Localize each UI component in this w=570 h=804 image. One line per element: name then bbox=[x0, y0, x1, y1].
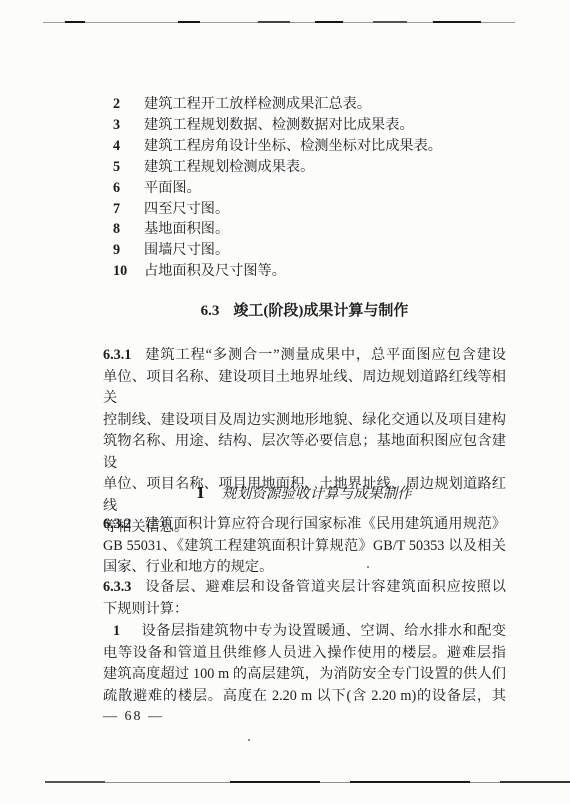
text-line: 单位、项目名称、建设项目土地界址线、周边规划道路红线等相关 bbox=[103, 367, 506, 410]
scan-line-segment bbox=[433, 21, 481, 23]
list-item-text: 四至尺寸图。 bbox=[144, 201, 229, 217]
scan-speckle bbox=[248, 739, 250, 741]
list-item: 4建筑工程房角设计坐标、检测坐标对比成果表。 bbox=[103, 136, 506, 157]
subsection-heading: Ⅰ规划资源验收计算与成果制作 bbox=[103, 485, 506, 503]
scan-speckle bbox=[367, 566, 369, 568]
list-item: 3建筑工程规划数据、检测数据对比成果表。 bbox=[103, 115, 506, 136]
text-line: 6.3.3设备层、避难层和设备管道夹层计容建筑面积应按照以 bbox=[103, 577, 506, 599]
page-number: — 68 — bbox=[103, 709, 164, 725]
text-line: 疏散避难的楼层。高度在 2.20 m 以下(含 2.20 m)的设备层，其 bbox=[103, 686, 506, 708]
scan-line-segment bbox=[315, 21, 343, 23]
numbered-list: 2建筑工程开工放样检测成果汇总表。 3建筑工程规划数据、检测数据对比成果表。 4… bbox=[103, 94, 506, 282]
scan-line-segment bbox=[45, 781, 105, 783]
clause-6-3-3: 6.3.3设备层、避难层和设备管道夹层计容建筑面积应按照以 下规则计算： bbox=[103, 577, 506, 620]
list-item-text: 基地面积图。 bbox=[144, 221, 229, 237]
text-line: 下规则计算： bbox=[103, 599, 506, 621]
scan-line-segment bbox=[65, 21, 85, 23]
section-heading: 6.3竣工(阶段)成果计算与制作 bbox=[103, 302, 506, 321]
list-item-number: 6 bbox=[113, 178, 144, 199]
scan-line-segment bbox=[230, 781, 320, 783]
scan-line-segment bbox=[350, 781, 470, 783]
clause-number: 6.3.2 bbox=[103, 516, 131, 532]
scan-line-segment bbox=[500, 781, 570, 783]
text-line: 6.3.2建筑面积计算应符合现行国家标准《民用建筑通用规范》 bbox=[103, 514, 506, 536]
top-edge-line bbox=[43, 22, 515, 23]
list-item-text: 建筑工程开工放样检测成果汇总表。 bbox=[144, 96, 371, 112]
list-item: 2建筑工程开工放样检测成果汇总表。 bbox=[103, 94, 506, 115]
clause-6-3-1: 6.3.1建筑工程“多测合一”测量成果中，总平面图应包含建设 单位、项目名称、建… bbox=[103, 345, 506, 539]
list-item-number: 2 bbox=[113, 94, 144, 115]
text-line-content: 建筑工程“多测合一”测量成果中，总平面图应包含建设 bbox=[144, 347, 506, 363]
list-item-text: 建筑工程规划检测成果表。 bbox=[144, 159, 314, 175]
list-item-number: 3 bbox=[113, 115, 144, 136]
clause-number: 6.3.1 bbox=[103, 347, 131, 363]
scan-line-segment bbox=[178, 21, 200, 23]
text-line: 1设备层指建筑物中专为设置暖通、空调、给水排水和配变 bbox=[103, 621, 506, 643]
text-line-content: 建筑面积计算应符合现行国家标准《民用建筑通用规范》 bbox=[144, 516, 506, 532]
text-line-content: 设备层、避难层和设备管道夹层计容建筑面积应按照以 bbox=[144, 579, 506, 595]
list-item: 9围墙尺寸图。 bbox=[103, 240, 506, 261]
clause-number: 6.3.3 bbox=[103, 579, 131, 595]
list-item: 5建筑工程规划检测成果表。 bbox=[103, 157, 506, 178]
section-number: 6.3 bbox=[201, 303, 220, 319]
bottom-edge-line bbox=[45, 782, 570, 783]
list-item: 6平面图。 bbox=[103, 178, 506, 199]
list-item-text: 占地面积及尺寸图等。 bbox=[144, 263, 286, 279]
subsection-title: 规划资源验收计算与成果制作 bbox=[222, 486, 412, 502]
list-item-number: 7 bbox=[113, 199, 144, 220]
list-item-text: 建筑工程房角设计坐标、检测坐标对比成果表。 bbox=[144, 138, 442, 154]
text-line: 6.3.1建筑工程“多测合一”测量成果中，总平面图应包含建设 bbox=[103, 345, 506, 367]
list-item: 10占地面积及尺寸图等。 bbox=[103, 261, 506, 282]
list-item-number: 5 bbox=[113, 157, 144, 178]
list-item-number: 9 bbox=[113, 240, 144, 261]
text-line: GB 55031、《建筑工程建筑面积计算规范》GB/T 50353 以及相关 bbox=[103, 536, 506, 558]
text-line: 筑物名称、用途、结构、层次等必要信息；基地面积图应包含建设 bbox=[103, 431, 506, 474]
sub-item-1: 1设备层指建筑物中专为设置暖通、空调、给水排水和配变 电等设备和管道且供维修人员… bbox=[103, 621, 506, 707]
sub-item-number: 1 bbox=[113, 623, 120, 639]
list-item-text: 围墙尺寸图。 bbox=[144, 242, 229, 258]
text-line: 国家、行业和地方的规定。 bbox=[103, 557, 506, 579]
list-item: 8基地面积图。 bbox=[103, 219, 506, 240]
text-line: 建筑高度超过 100 m 的高层建筑，为消防安全专门设置的供人们 bbox=[103, 664, 506, 686]
text-line: 控制线、建设项目及周边实测地形地貌、绿化交通以及项目建构 bbox=[103, 410, 506, 432]
clause-6-3-2: 6.3.2建筑面积计算应符合现行国家标准《民用建筑通用规范》 GB 55031、… bbox=[103, 514, 506, 579]
list-item-number: 10 bbox=[113, 261, 144, 282]
text-line: 电等设备和管道且供维修人员进入操作使用的楼层。避难层指 bbox=[103, 643, 506, 665]
list-item-text: 建筑工程规划数据、检测数据对比成果表。 bbox=[144, 117, 414, 133]
scan-line-segment bbox=[258, 21, 290, 23]
subsection-numeral: Ⅰ bbox=[197, 486, 204, 502]
text-line-content: 设备层指建筑物中专为设置暖通、空调、给水排水和配变 bbox=[141, 623, 506, 639]
list-item: 7四至尺寸图。 bbox=[103, 199, 506, 220]
list-item-text: 平面图。 bbox=[144, 180, 201, 196]
scanned-document-page: 2建筑工程开工放样检测成果汇总表。 3建筑工程规划数据、检测数据对比成果表。 4… bbox=[0, 0, 570, 804]
scan-line-segment bbox=[373, 21, 407, 23]
list-item-number: 4 bbox=[113, 136, 144, 157]
list-item-number: 8 bbox=[113, 219, 144, 240]
section-title: 竣工(阶段)成果计算与制作 bbox=[233, 303, 408, 319]
